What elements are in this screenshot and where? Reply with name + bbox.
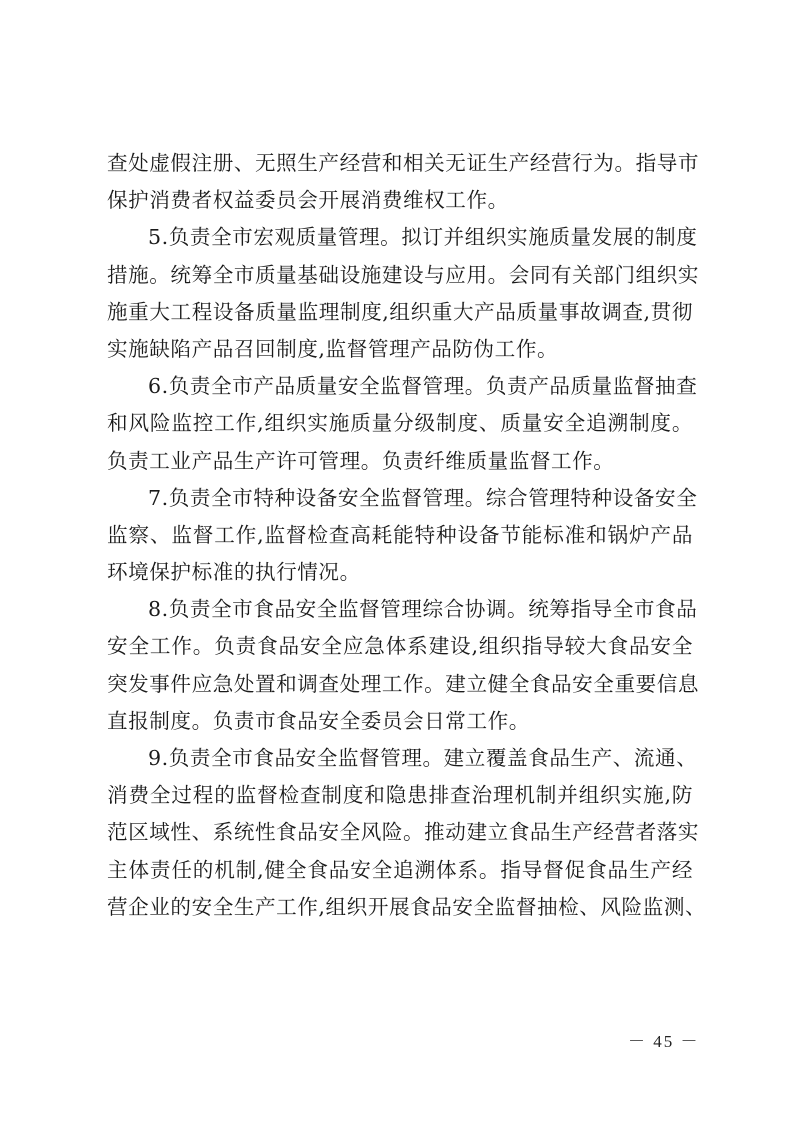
text-line: 和风险监控工作,组织实施质量分级制度、质量安全追溯制度。: [107, 405, 693, 442]
text-line: 环境保护标准的执行情况。: [107, 554, 693, 591]
document-body: 查处虚假注册、无照生产经营和相关无证生产经营行为。指导市 保护消费者权益委员会开…: [107, 145, 693, 926]
page-number: － 45 －: [628, 1027, 700, 1052]
text-line: 突发事件应急处置和调查处理工作。建立健全食品安全重要信息: [107, 666, 693, 703]
text-line: 措施。统筹全市质量基础设施建设与应用。会同有关部门组织实: [107, 257, 693, 294]
text-line: 施重大工程设备质量监理制度,组织重大产品质量事故调查,贯彻: [107, 294, 693, 331]
text-line: 查处虚假注册、无照生产经营和相关无证生产经营行为。指导市: [107, 145, 693, 182]
text-line: 5.负责全市宏观质量管理。拟订并组织实施质量发展的制度: [107, 219, 693, 256]
text-line: 安全工作。负责食品安全应急体系建设,组织指导较大食品安全: [107, 628, 693, 665]
text-line: 主体责任的机制,健全食品安全追溯体系。指导督促食品生产经: [107, 852, 693, 889]
paragraph-item-8: 8.负责全市食品安全监督管理综合协调。统筹指导全市食品 安全工作。负责食品安全应…: [107, 591, 693, 740]
paragraph-item-7: 7.负责全市特种设备安全监督管理。综合管理特种设备安全 监察、监督工作,监督检查…: [107, 480, 693, 592]
paragraph-item-5: 5.负责全市宏观质量管理。拟订并组织实施质量发展的制度 措施。统筹全市质量基础设…: [107, 219, 693, 368]
text-line: 6.负责全市产品质量安全监督管理。负责产品质量监督抽查: [107, 368, 693, 405]
paragraph-item-9: 9.负责全市食品安全监督管理。建立覆盖食品生产、流通、 消费全过程的监督检查制度…: [107, 740, 693, 926]
text-line: 7.负责全市特种设备安全监督管理。综合管理特种设备安全: [107, 480, 693, 517]
text-line: 实施缺陷产品召回制度,监督管理产品防伪工作。: [107, 331, 693, 368]
text-line: 保护消费者权益委员会开展消费维权工作。: [107, 182, 693, 219]
paragraph-item-6: 6.负责全市产品质量安全监督管理。负责产品质量监督抽查 和风险监控工作,组织实施…: [107, 368, 693, 480]
text-line: 营企业的安全生产工作,组织开展食品安全监督抽检、风险监测、: [107, 889, 693, 926]
text-line: 监察、监督工作,监督检查高耗能特种设备节能标准和锅炉产品: [107, 517, 693, 554]
text-line: 负责工业产品生产许可管理。负责纤维质量监督工作。: [107, 443, 693, 480]
text-line: 消费全过程的监督检查制度和隐患排查治理机制并组织实施,防: [107, 777, 693, 814]
text-line: 9.负责全市食品安全监督管理。建立覆盖食品生产、流通、: [107, 740, 693, 777]
text-line: 8.负责全市食品安全监督管理综合协调。统筹指导全市食品: [107, 591, 693, 628]
text-line: 范区域性、系统性食品安全风险。推动建立食品生产经营者落实: [107, 814, 693, 851]
text-line: 直报制度。负责市食品安全委员会日常工作。: [107, 703, 693, 740]
paragraph-continuation: 查处虚假注册、无照生产经营和相关无证生产经营行为。指导市 保护消费者权益委员会开…: [107, 145, 693, 219]
